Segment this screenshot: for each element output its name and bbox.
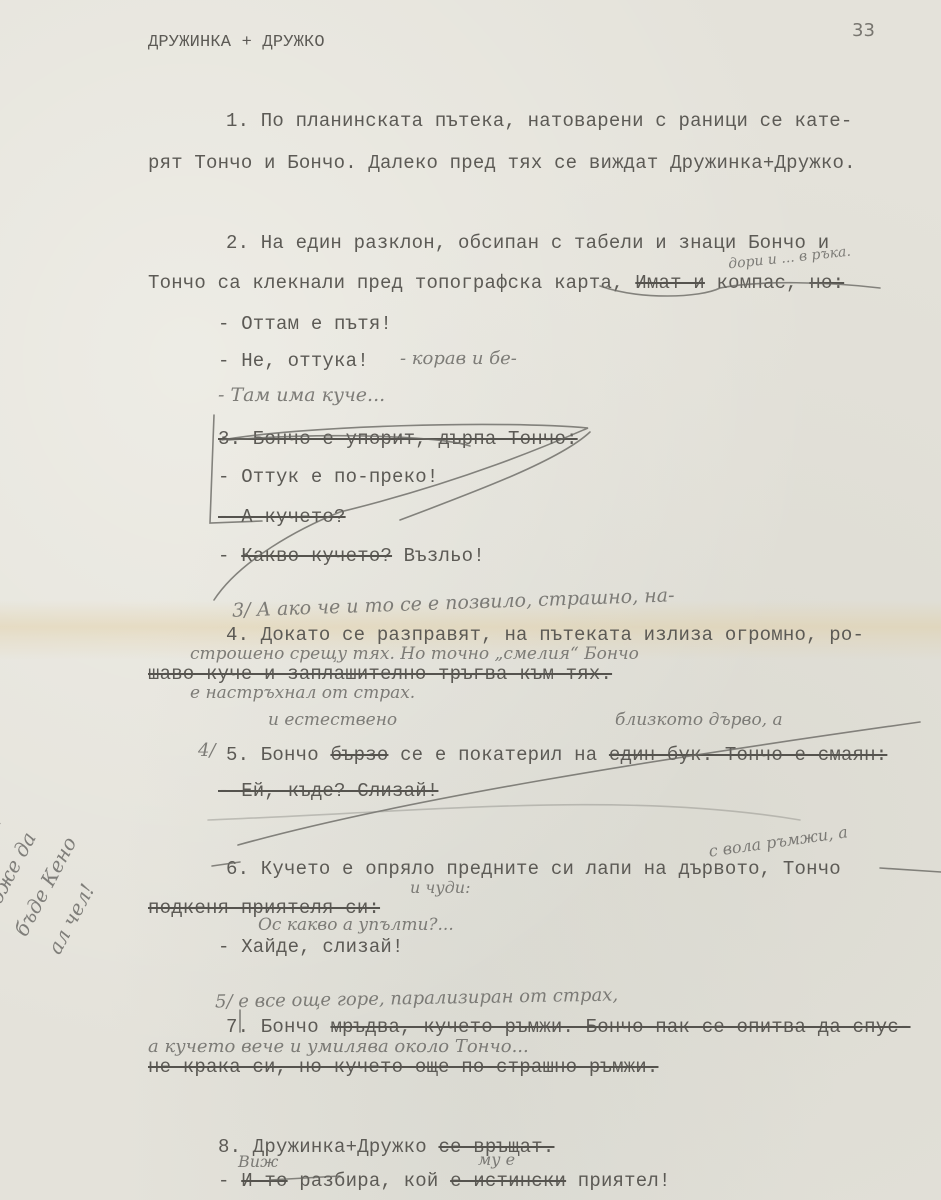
scene-8-dialogue-b: разбира, кой <box>299 1170 438 1192</box>
margin-handwritten-note: Ясно кой вече се е позвил — Кено и Кено,… <box>0 704 140 961</box>
scene-7-line-1: 7. Бончо мръдва, кучето ръмжи. Бончо пак… <box>226 1016 911 1038</box>
page-number: 33 <box>852 20 875 41</box>
scene-5-prefix: 4/ <box>198 740 216 761</box>
scene-2-struck: Имат и <box>635 272 705 294</box>
scene-1-line-1: 1. По планинската пътека, натоварени с р… <box>226 110 853 132</box>
scene-7-handwritten-above: 5/ е все още горе, парализиран от страх, <box>215 984 618 1012</box>
scene-5-struck: бързо <box>330 744 388 766</box>
scene-7-line-1-a: 7. Бончо <box>226 1016 319 1038</box>
scene-3-line-1: 3. Бончо е упорит, дърпа Тончо: <box>218 428 578 450</box>
scene-5-line-1: 5. Бончо бързо се е покатерил на един бу… <box>226 744 887 766</box>
scene-2-dialogue-2: - Не, оттука! <box>218 350 369 372</box>
scene-6-handwritten-side: и чуди: <box>410 878 470 897</box>
scene-2-line-2-b: компас, <box>717 272 798 294</box>
scene-8-struck-2: е истински <box>450 1170 566 1192</box>
scene-8-dialogue-c: приятел! <box>578 1170 671 1192</box>
scene-5-line-1-b: се е покатерил на <box>400 744 597 766</box>
scene-2-line-1: 2. На един разклон, обсипан с табели и з… <box>226 232 829 254</box>
scene-8-handwritten-above-2: му е <box>478 1150 515 1169</box>
scene-8-dialogue-dash: - <box>218 1170 230 1192</box>
scene-2-line-2: Тончо са клекнали пред топографска карта… <box>148 272 844 294</box>
scene-2-handwritten-dialogue-2: - корав и бе- <box>400 348 517 369</box>
scene-4-handwritten-above: 3/ А ако че и то се е позвило, страшно, … <box>232 584 675 621</box>
scene-1-line-2: рят Тончо и Бончо. Далеко пред тях се ви… <box>148 152 856 174</box>
scene-5-line-1-a: 5. Бончо <box>226 744 319 766</box>
scene-4-handwritten-below: е настръхнал от страх. <box>190 683 415 703</box>
scene-2-line-2-a: Тончо са клекнали пред топографска карта… <box>148 272 624 294</box>
scene-2-struck-2: но: <box>809 272 844 294</box>
scene-8-struck: И то <box>241 1170 287 1192</box>
scene-6-handwritten-above: с вола ръмжи, а <box>707 822 848 860</box>
scene-5-dialogue-1: - Ей, къде? Слизай! <box>218 780 438 802</box>
scene-7-handwritten-mid: а кучето вече и умилява около Тончо... <box>148 1036 529 1057</box>
scene-2-handwritten-dialogue-3: - Там има куче... <box>218 384 385 406</box>
scene-5-handwritten-left: и естествено <box>268 710 397 730</box>
scene-3-dialogue-3: - Какво кучето? Възльо! <box>218 545 485 567</box>
scene-3-struck: Какво кучето? <box>241 545 392 567</box>
document-title: ДРУЖИНКА + ДРУЖКО <box>148 33 325 52</box>
scene-6-line-1: 6. Кучето е опряло предните си лапи на д… <box>226 858 841 880</box>
scene-3-dialogue-3-rest: Възльо! <box>404 545 485 567</box>
scene-4-handwritten-mid: строшено срещу тях. Но точно „смелия“ Бо… <box>190 644 639 664</box>
scene-3-dialogue-1: - Оттук е по-преко! <box>218 466 438 488</box>
scene-7-line-2: не крака си, но кучето още по страшно ръ… <box>148 1056 658 1078</box>
scene-6-handwritten-below: Ос какво а упълти?... <box>258 915 454 935</box>
scene-2-dialogue-1: - Оттам е пътя! <box>218 313 392 335</box>
scene-4-line-2: шаво куче и заплашително тръгва към тях. <box>148 663 612 685</box>
scene-8-dialogue-1: - И то разбира, кой е истински приятел! <box>218 1170 671 1192</box>
scene-5-struck-2: един бук. Тончо е смаян: <box>609 744 887 766</box>
scene-3-dialogue-2: - А кучето? <box>218 506 346 528</box>
scene-7-struck: мръдва, кучето ръмжи. Бончо пак се опитв… <box>330 1016 910 1038</box>
scene-4-line-1: 4. Докато се разправят, на пътеката изли… <box>226 624 864 646</box>
scene-8-handwritten-above: Виж <box>238 1152 278 1171</box>
scene-6-dialogue-1: - Хайде, слизай! <box>218 936 404 958</box>
scene-5-handwritten-right: близкото дърво, а <box>615 710 783 730</box>
